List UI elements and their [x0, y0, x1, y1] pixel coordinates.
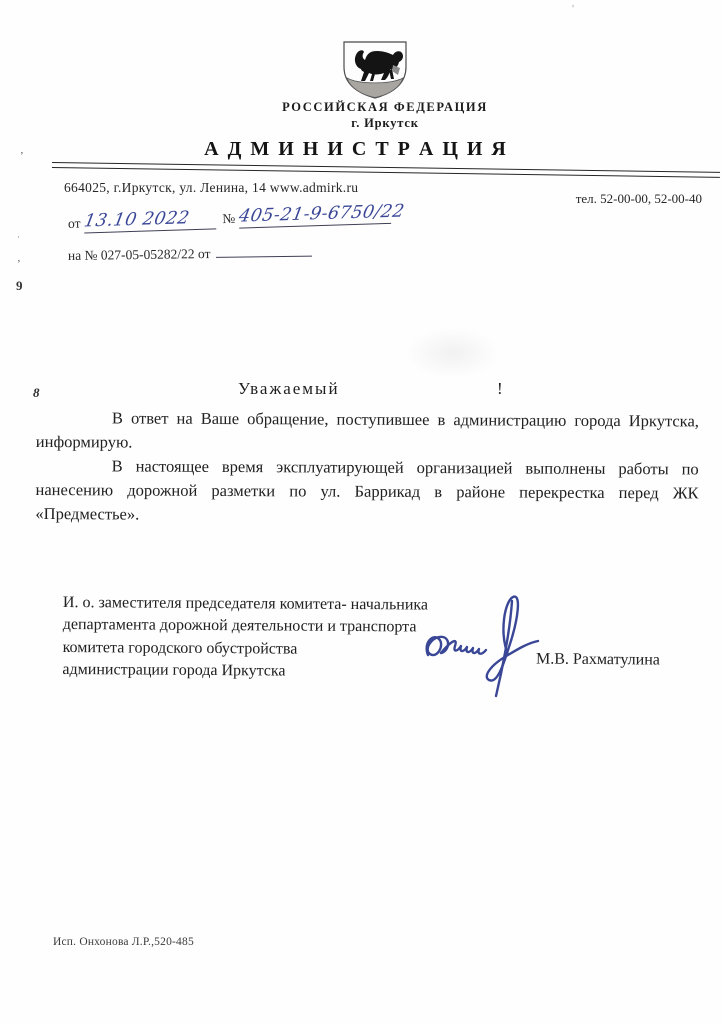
greeting-exclamation: !: [497, 379, 503, 399]
scan-artifact: ’: [20, 151, 24, 162]
scanned-letter-page: ' ’ · ’ 9 8 РОССИЙСКАЯ ФЕДЕРАЦИЯ г. Ирку…: [0, 0, 723, 1024]
reply-label: на № 027-05-05282/22 от: [68, 246, 211, 263]
scan-artifact: ’: [17, 259, 21, 270]
date-blank: 13.10 2022: [84, 208, 217, 233]
reply-date-blank: [216, 256, 312, 258]
header-org-title: А Д М И Н И С Т Р А Ц И Я: [156, 138, 556, 161]
header-city: г. Иркутск: [185, 116, 585, 131]
header-address: 664025, г.Иркутск, ул. Ленина, 14 www.ad…: [64, 180, 358, 196]
reference-from-line: от13.10 2022№405-21-9-6750/22: [68, 203, 392, 234]
letter-body: В ответ на Ваше обращение, поступившее в…: [35, 406, 699, 529]
scanner-shadow: [405, 327, 500, 379]
scan-artifact: ·: [17, 233, 20, 242]
number-blank: 405-21-9-6750/22: [239, 203, 392, 229]
header-country: РОССИЙСКАЯ ФЕДЕРАЦИЯ: [185, 100, 585, 115]
scan-artifact: 9: [16, 279, 23, 292]
scan-artifact: 8: [33, 386, 40, 399]
executor-line: Исп. Онхонова Л.Р.,520-485: [53, 936, 194, 948]
irkutsk-coat-of-arms-icon: [337, 39, 413, 101]
handwritten-signature-icon: [420, 589, 540, 709]
reference-reply-line: на № 027-05-05282/22 от: [68, 245, 313, 264]
handwritten-date: 13.10 2022: [83, 208, 192, 231]
signer-name: М.В. Рахматулина: [536, 650, 660, 669]
greeting-salutation: Уважаемый: [238, 379, 340, 399]
body-paragraph: В ответ на Ваше обращение, поступившее в…: [36, 406, 699, 457]
from-label: от: [68, 216, 81, 231]
number-sign-label: №: [222, 211, 235, 226]
double-rule-divider: [52, 162, 720, 178]
handwritten-number: 405-21-9-6750/22: [238, 201, 407, 226]
scan-artifact: ': [572, 4, 574, 15]
header-phone: тел. 52-00-00, 52-00-40: [538, 191, 702, 207]
body-paragraph: В настоящее время эксплуатирующей органи…: [35, 454, 698, 529]
